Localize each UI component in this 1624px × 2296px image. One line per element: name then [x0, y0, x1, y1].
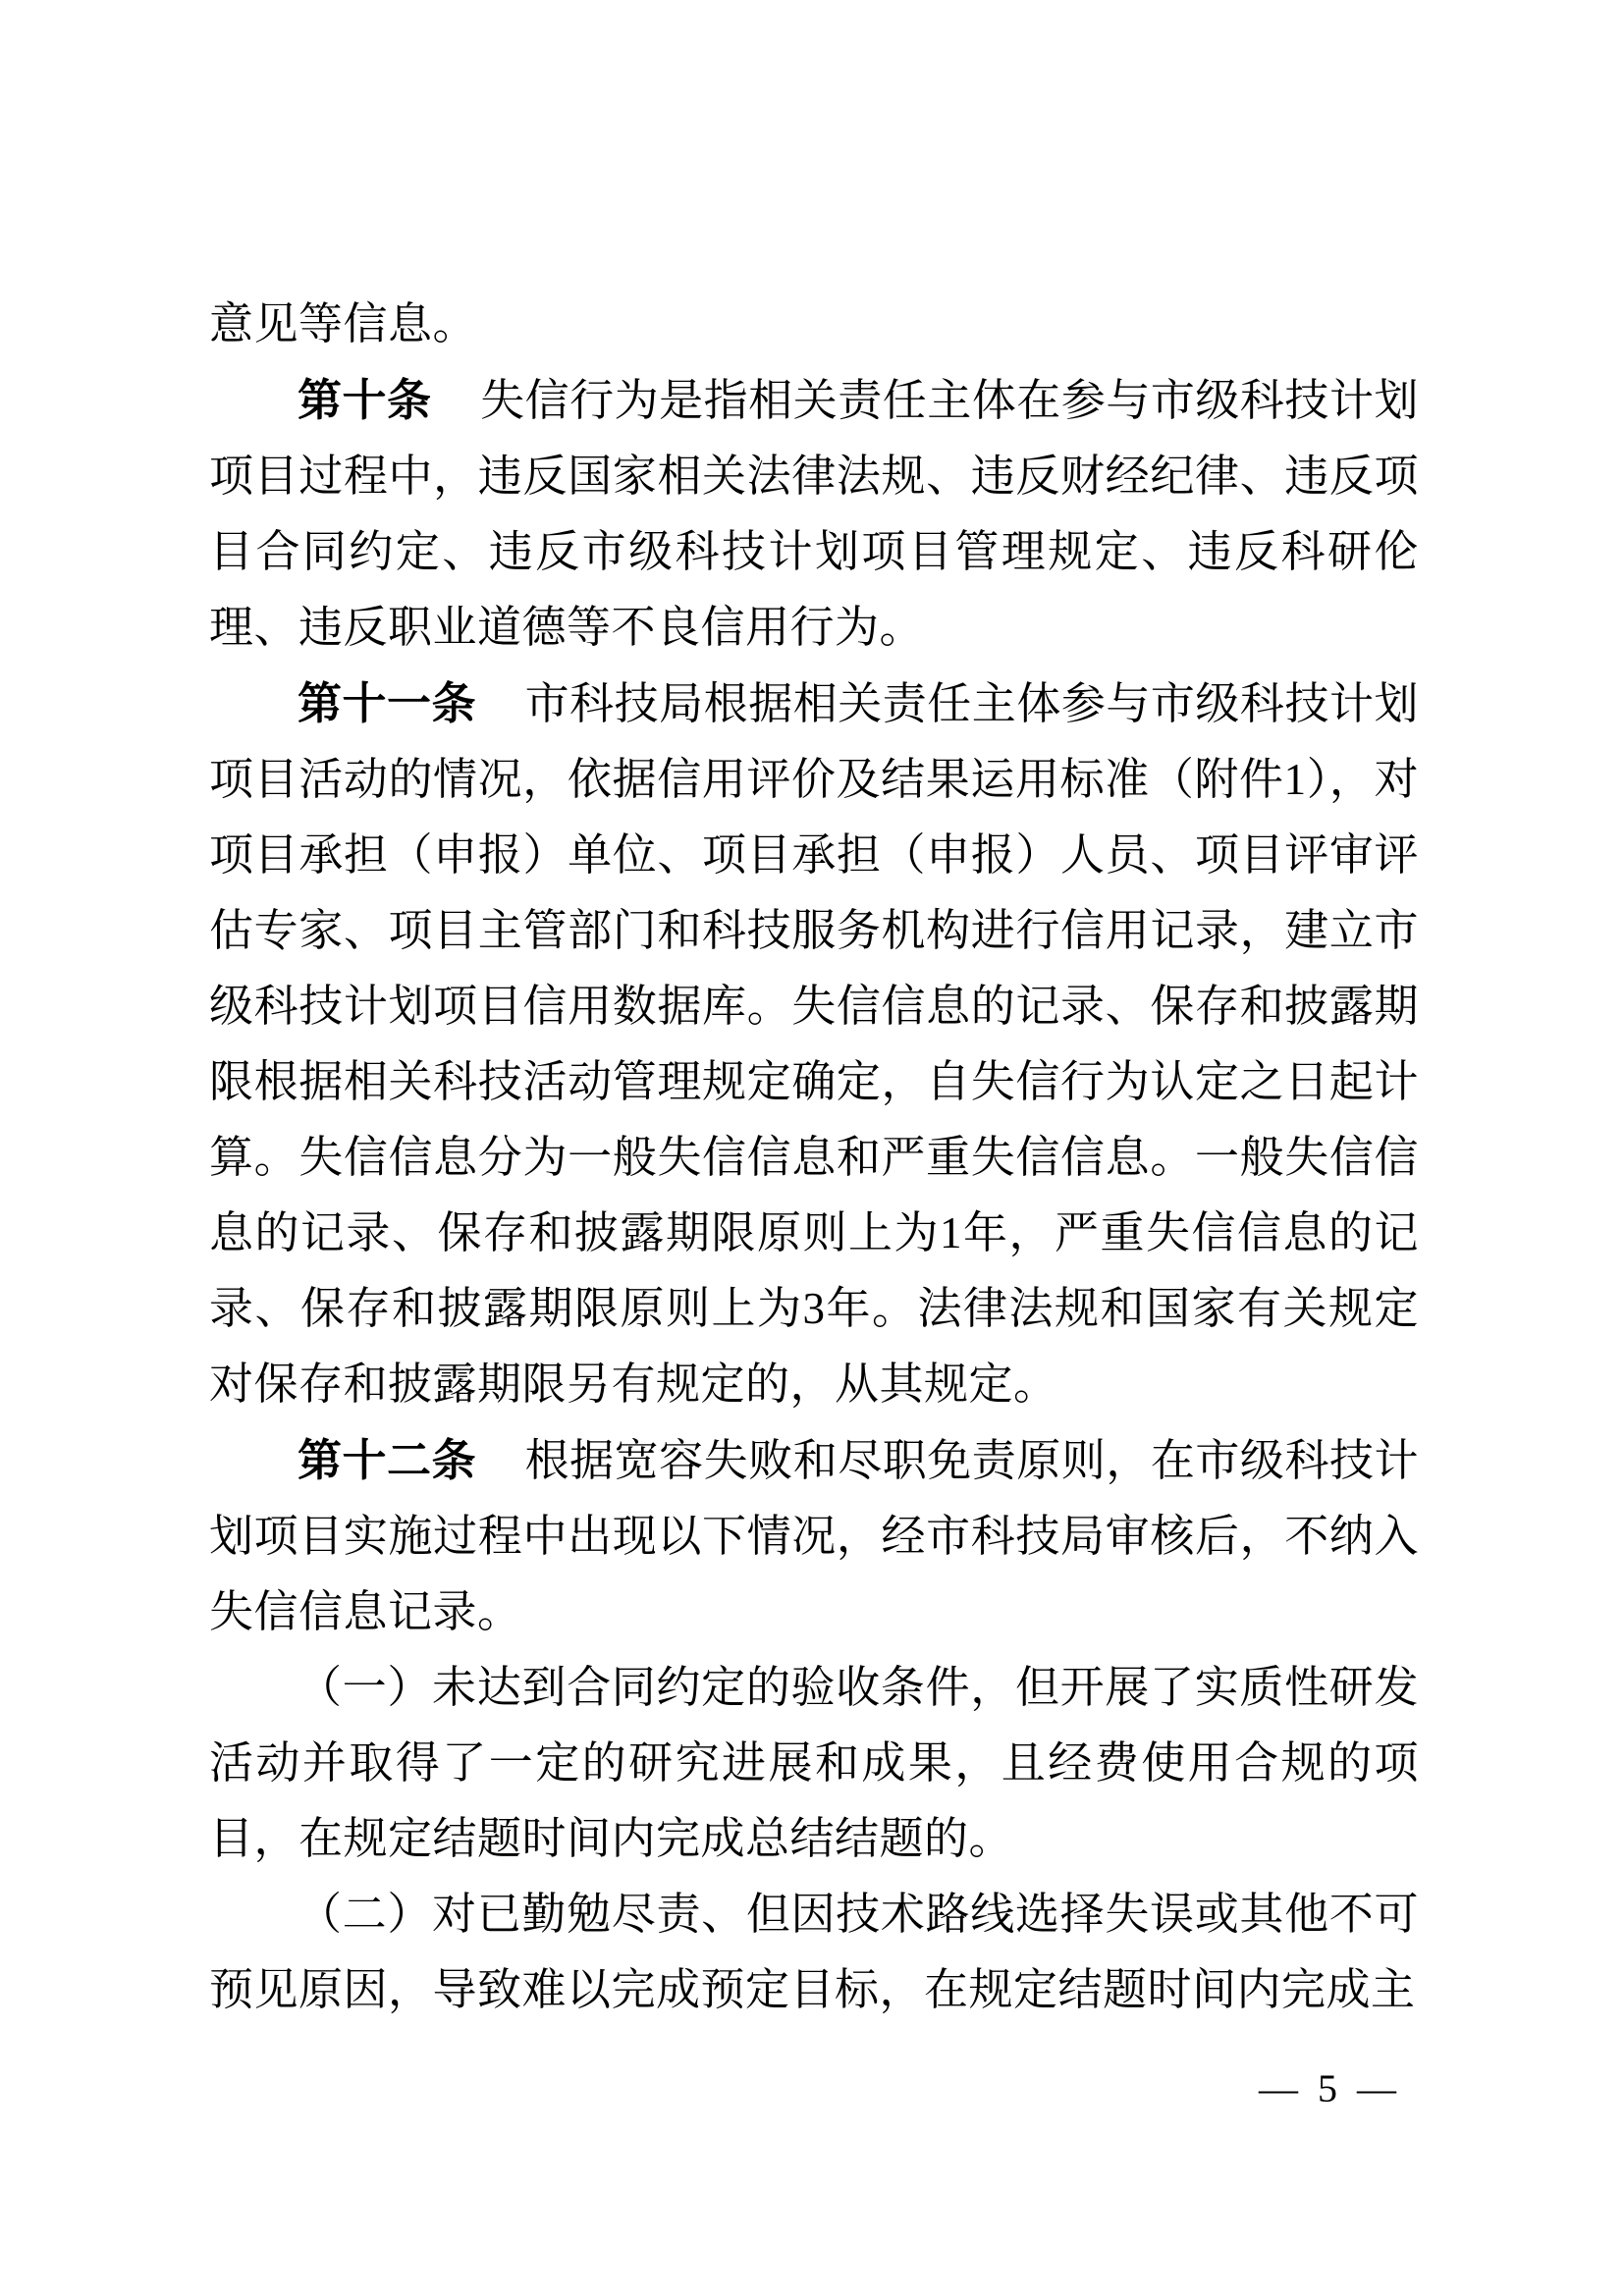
page-number-value: 5 [1318, 2064, 1337, 2113]
paragraph-item-2: （二）对已勤勉尽责、但因技术路线选择失误或其他不可预见原因，导致难以完成预定目标… [209, 1877, 1419, 2028]
document-body: 意见等信息。 第十条失信行为是指相关责任主体在参与市级科技计划项目过程中，违反国… [209, 287, 1419, 2028]
paragraph-article-10: 第十条失信行为是指相关责任主体在参与市级科技计划项目过程中，违反国家相关法律法规… [209, 362, 1419, 666]
page-number-dash-right: — [1357, 2066, 1396, 2110]
article-number: 第十条 [298, 375, 432, 425]
paragraph-article-11: 第十一条市科技局根据相关责任主体参与市级科技计划项目活动的情况，依据信用评价及结… [209, 666, 1419, 1422]
page-number: —5— [1259, 2064, 1396, 2113]
paragraph-text: 市科技局根据相关责任主体参与市级科技计划项目活动的情况，依据信用评价及结果运用标… [209, 679, 1419, 1409]
article-number: 第十一条 [298, 678, 476, 728]
paragraph-text: （二）对已勤勉尽责、但因技术路线选择失误或其他不可预见原因，导致难以完成预定目标… [209, 1890, 1419, 2014]
page-number-dash-left: — [1259, 2066, 1298, 2110]
paragraph-item-1: （一）未达到合同约定的验收条件，但开展了实质性研发活动并取得了一定的研究进展和成… [209, 1650, 1419, 1877]
article-number: 第十二条 [298, 1435, 476, 1485]
paragraph-text: （一）未达到合同约定的验收条件，但开展了实质性研发活动并取得了一定的研究进展和成… [209, 1663, 1419, 1863]
paragraph-continuation: 意见等信息。 [209, 287, 1419, 362]
document-page: 意见等信息。 第十条失信行为是指相关责任主体在参与市级科技计划项目过程中，违反国… [0, 0, 1624, 2296]
paragraph-text: 意见等信息。 [209, 299, 477, 348]
paragraph-article-12: 第十二条根据宽容失败和尽职免责原则，在市级科技计划项目实施过程中出现以下情况，经… [209, 1422, 1419, 1650]
